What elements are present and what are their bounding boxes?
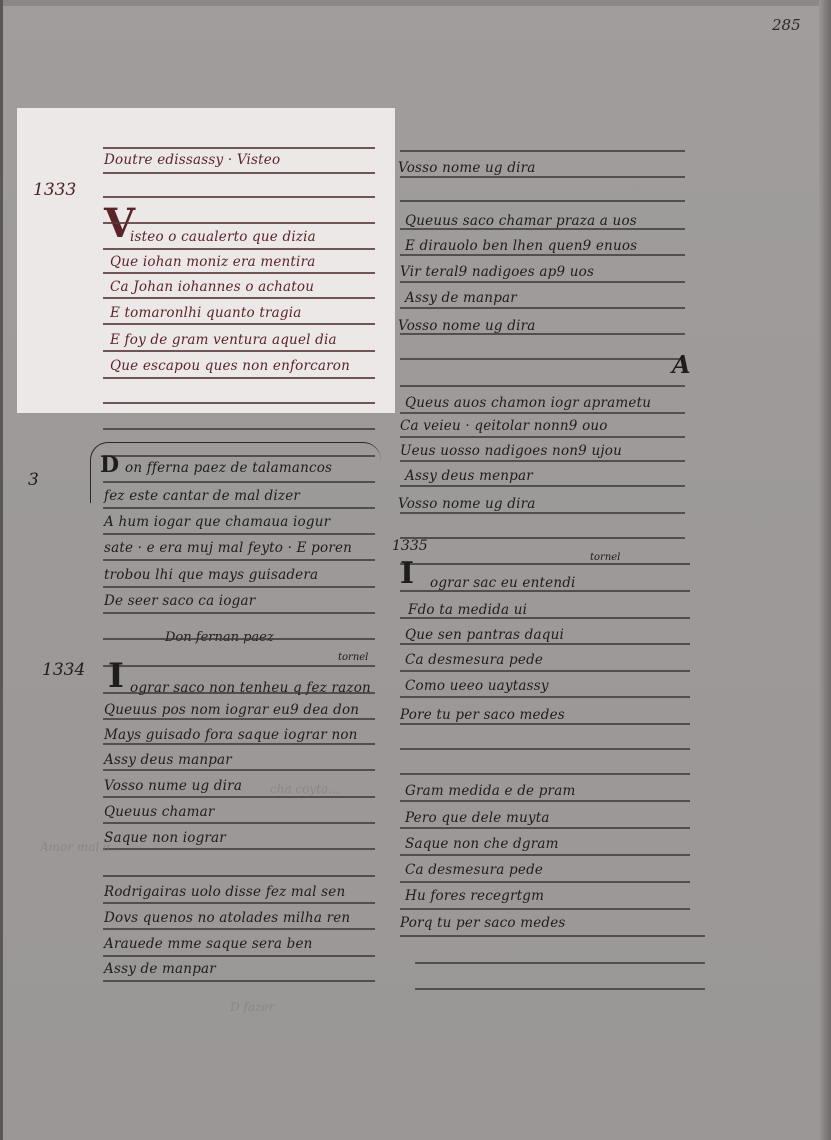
- verse-line: Rodrigairas uolo disse fez mal sen: [104, 884, 345, 900]
- verse-line: Porq tu per saco medes: [400, 915, 566, 931]
- verse-line: Assy deus manpar: [104, 752, 232, 768]
- verse-line: Como ueeo uaytassy: [405, 678, 549, 694]
- verse-line: Vosso nome ug dira: [398, 496, 536, 512]
- folio-number: 285: [772, 16, 801, 34]
- verse-line: Ueus uosso nadigoes non9 ujou: [400, 443, 622, 459]
- verse-line: Que iohan moniz era mentira: [110, 254, 315, 270]
- bleed-through-text: cha coyta...: [270, 782, 340, 796]
- verse-line: Hu fores recegrtgm: [405, 888, 544, 904]
- verse-line: fez este cantar de mal dizer: [104, 488, 300, 504]
- verse-line: Mays guisado fora saque iograr non: [104, 727, 358, 743]
- verse-line: Assy de manpar: [405, 290, 517, 306]
- verse-line: Pore tu per saco medes: [400, 707, 565, 723]
- verse-line: Gram medida e de pram: [405, 783, 575, 799]
- manuscript-page: 285 Doutre edissassy · Visteo 1333 V ist…: [0, 0, 831, 1140]
- verse-line: Ca desmesura pede: [405, 652, 543, 668]
- verse-line: ograr sac eu entendi: [430, 575, 576, 591]
- verse-line: Queuus chamar: [104, 804, 215, 820]
- verse-line: Saque non che dgram: [405, 836, 559, 852]
- verse-line: Vosso nume ug dira: [104, 778, 242, 794]
- verse-line: E dirauolo ben lhen quen9 enuos: [405, 238, 637, 254]
- verse-line: Fdo ta medida ui: [408, 602, 527, 618]
- verse-line: Dovs quenos no atolades milha ren: [104, 910, 350, 926]
- verse-line: Saque non iograr: [104, 830, 226, 846]
- verse-line: Arauede mme saque sera ben: [104, 936, 313, 952]
- verse-line: E foy de gram ventura aquel dia: [110, 332, 337, 348]
- bleed-through-text: Amor mal a...: [40, 840, 122, 854]
- verse-line: Ca Johan iohannes o achatou: [110, 279, 314, 295]
- page-left-edge: [0, 0, 3, 1140]
- verse-line: De seer saco ca iogar: [104, 593, 255, 609]
- verse-line: Que sen pantras daqui: [405, 627, 564, 643]
- decorated-initial: I: [400, 556, 414, 591]
- poem-number: 1335: [392, 538, 428, 554]
- page-right-edge: [819, 0, 831, 1140]
- verse-line: Pero que dele muyta: [405, 810, 550, 826]
- page-top-edge: [0, 0, 831, 6]
- verse-line: Que escapou ques non enforcaron: [110, 358, 350, 374]
- verse-line: Vosso nome ug dira: [398, 160, 536, 176]
- decorated-initial: D: [100, 452, 119, 478]
- verse-line: trobou lhi que mays guisadera: [104, 567, 318, 583]
- verse-line: Queuus saco chamar praza a uos: [405, 213, 637, 229]
- decorated-initial: I: [108, 656, 124, 696]
- verse-line: isteo o caualerto que dizia: [130, 229, 316, 245]
- verse-line: Assy deus menpar: [405, 468, 533, 484]
- verse-line: Ca veieu · qeitolar nonn9 ouo: [400, 418, 608, 434]
- margin-mark: 3: [28, 470, 39, 490]
- verse-line: on fferna paez de talamancos: [125, 460, 332, 476]
- poem-number: 1334: [42, 660, 85, 680]
- verse-line: A hum iogar que chamaua iogur: [104, 514, 330, 530]
- verse-line: E tomaronlhi quanto tragia: [110, 305, 302, 321]
- verse-line: Assy de manpar: [104, 961, 216, 977]
- bleed-through-text: D fazer: [230, 1000, 274, 1014]
- marginal-letter: A: [672, 350, 691, 379]
- poem-number: 1333: [33, 180, 76, 200]
- corner-note: tornel: [590, 552, 620, 563]
- verse-line: sate · e era muj mal feyto · E poren: [104, 540, 352, 556]
- verse-line: Vosso nome ug dira: [398, 318, 536, 334]
- verse-line: Vir teral9 nadigoes ap9 uos: [400, 264, 594, 280]
- verse-line: Queuus pos nom iograr eu9 dea don: [104, 702, 359, 718]
- poem-rubric: Doutre edissassy · Visteo: [104, 152, 280, 168]
- verse-line: Ca desmesura pede: [405, 862, 543, 878]
- verse-line: Queus auos chamon iogr aprametu: [405, 395, 651, 411]
- corner-note: tornel: [338, 652, 368, 663]
